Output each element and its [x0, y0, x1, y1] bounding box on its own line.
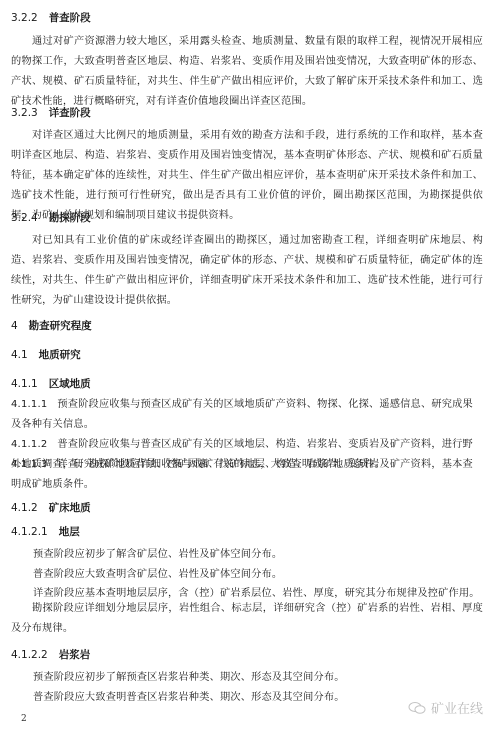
paragraph-3-2-4: 对已知具有工业价值的矿床或经详查圈出的勘探区，通过加密勘查工程，详细查明矿床地层…: [11, 231, 483, 311]
section-number: 3.2.4: [11, 212, 38, 224]
heading-4-1-2: 4.1.2 矿床地质: [11, 500, 91, 515]
strata-line-2: 普查阶段应大致查明含矿层位、岩性及矿体空间分布。: [33, 565, 282, 580]
clause-4-1-1-1: 4.1.1.1预查阶段应收集与预查区成矿有关的区域地质矿产资料、物探、化探、遥感…: [11, 395, 483, 435]
section-number: 4: [11, 320, 18, 332]
heading-4-1-2-2: 4.1.2.2 岩浆岩: [11, 647, 90, 662]
section-number: 4.1.2.1: [11, 526, 48, 538]
section-title: 地层: [59, 526, 80, 538]
clause-4-1-1-3: 4.1.1.3详查、勘探阶段应详细收集与成矿有关的地层、构造、岩浆岩、变质岩及矿…: [11, 455, 483, 495]
section-title: 岩浆岩: [59, 649, 91, 661]
strata-line-1: 预查阶段应初步了解含矿层位、岩性及矿体空间分布。: [33, 545, 282, 560]
paragraph-3-2-2: 通过对矿产资源潜力较大地区，采用露头检查、地质测量、数量有限的取样工程，视情况开…: [11, 32, 483, 112]
heading-4-1-1: 4.1.1 区域地质: [11, 376, 91, 391]
strata-line-3: 详查阶段应基本查明地层层序，含（控）矿岩系层位、岩性、厚度，研究其分布规律及控矿…: [33, 584, 480, 599]
heading-3-2-2: 3.2.2 普查阶段: [11, 10, 91, 25]
section-title: 矿床地质: [49, 502, 91, 514]
page-number: 2: [21, 714, 27, 724]
section-title: 区域地质: [49, 378, 91, 390]
heading-4-1: 4.1 地质研究: [11, 347, 81, 362]
section-number: 4.1: [11, 349, 28, 361]
strata-line-4: 勘探阶段应详细划分地层层序，岩性组合、标志层，详细研究含（控）矿岩系的岩性、岩相…: [11, 599, 483, 639]
watermark: 矿业在线: [408, 698, 483, 717]
section-title: 地质研究: [39, 349, 81, 361]
clause-number: 4.1.1.1: [11, 399, 47, 410]
section-title: 勘查研究程度: [29, 320, 92, 332]
section-title: 勘探阶段: [49, 212, 91, 224]
section-number: 3.2.3: [11, 107, 38, 119]
wechat-icon: [408, 702, 426, 714]
clause-text: 详查、勘探阶段应详细收集与成矿有关的地层、构造、岩浆岩、变质岩及矿产资料，基本查…: [11, 459, 473, 490]
section-title: 普查阶段: [49, 12, 91, 24]
heading-3-2-3: 3.2.3 详查阶段: [11, 105, 91, 120]
igneous-line-1: 预查阶段应初步了解预查区岩浆岩种类、期次、形态及其空间分布。: [33, 668, 345, 683]
document-page: 3.2.2 普查阶段 通过对矿产资源潜力较大地区，采用露头检查、地质测量、数量有…: [0, 0, 504, 731]
igneous-line-2: 普查阶段应大致查明普查区岩浆岩种类、期次、形态及其空间分布。: [33, 688, 345, 703]
heading-4-1-2-1: 4.1.2.1 地层: [11, 524, 80, 539]
heading-3-2-4: 3.2.4 勘探阶段: [11, 210, 91, 225]
section-number: 4.1.2: [11, 502, 38, 514]
section-title: 详查阶段: [49, 107, 91, 119]
heading-4: 4 勘查研究程度: [11, 318, 92, 333]
watermark-text: 矿业在线: [431, 698, 483, 717]
section-number: 4.1.2.2: [11, 649, 48, 661]
section-number: 3.2.2: [11, 12, 38, 24]
clause-text: 预查阶段应收集与预查区成矿有关的区域地质矿产资料、物探、化探、遥感信息、研究成果…: [11, 399, 473, 430]
clause-number: 4.1.1.2: [11, 439, 47, 450]
section-number: 4.1.1: [11, 378, 38, 390]
clause-number: 4.1.1.3: [11, 459, 47, 470]
